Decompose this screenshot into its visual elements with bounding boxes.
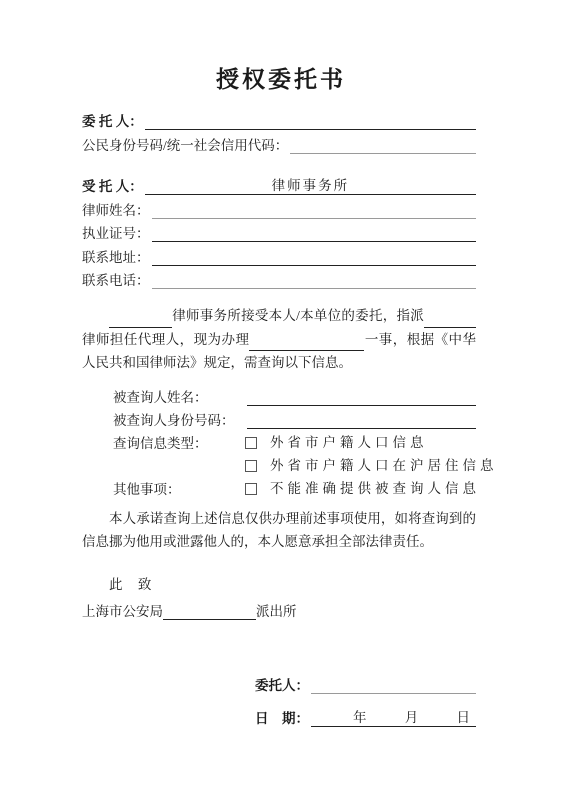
lawyer-name-row: 律师姓名：	[82, 195, 476, 219]
contact-phone-row: 联系电话：	[82, 266, 476, 290]
date-label: 日 期：	[255, 707, 309, 727]
date-field[interactable]: 年 月 日	[311, 706, 476, 727]
principal-label: 委 托 人：	[82, 110, 143, 130]
salute-text: 此 致	[82, 573, 476, 596]
document-page: 授权委托书 委 托 人： 公民身份号码/统一社会信用代码： 受 托 人： 律师事…	[0, 0, 562, 796]
principal-id-field[interactable]	[290, 136, 476, 154]
document-title: 授权委托书	[0, 0, 562, 94]
trustee-label: 受 托 人：	[82, 175, 143, 195]
agency-suffix: 派出所	[256, 600, 297, 620]
checkbox-icon[interactable]	[245, 437, 257, 449]
agency-prefix: 上海市公安局	[82, 600, 163, 620]
document-body: 委 托 人： 公民身份号码/统一社会信用代码： 受 托 人： 律师事务所 律师姓…	[0, 105, 562, 727]
query-type-option-2-text: 外省市户籍人口在沪居住信息	[270, 459, 498, 473]
query-type-option-1-text: 外省市户籍人口信息	[270, 436, 428, 450]
lawyer-name-label: 律师姓名：	[82, 199, 150, 219]
query-type-option-2: 外省市户籍人口在沪居住信息	[245, 459, 498, 473]
license-number-field[interactable]	[152, 224, 477, 242]
signature-section: 委托人： 日 期： 年 月 日	[255, 672, 476, 727]
signature-field[interactable]	[311, 677, 476, 694]
principal-name-field[interactable]	[145, 112, 476, 130]
authorization-text-2: 律师担任代理人，现为办理	[82, 332, 249, 347]
principal-id-label: 公民身份号码/统一社会信用代码：	[82, 134, 288, 154]
checkbox-icon[interactable]	[245, 460, 257, 472]
queried-id-field[interactable]	[247, 411, 476, 429]
agency-row: 上海市公安局 派出所	[82, 597, 476, 620]
police-station-blank[interactable]	[163, 604, 256, 620]
lawyer-name-field[interactable]	[152, 201, 477, 219]
signature-label: 委托人：	[255, 674, 309, 694]
queried-name-row: 被查询人姓名：	[82, 383, 476, 406]
query-section: 被查询人姓名： 被查询人身份号码： 查询信息类型： 外省市户籍人口信息 外省市户…	[82, 383, 476, 498]
query-type-label: 查询信息类型：	[113, 432, 245, 452]
queried-id-row: 被查询人身份号码：	[82, 406, 476, 429]
license-number-row: 执业证号：	[82, 219, 476, 243]
principal-id-row: 公民身份号码/统一社会信用代码：	[82, 130, 476, 154]
authorization-paragraph: 律师事务所接受本人/本单位的委托，指派律师担任代理人，现为办理一事，根据《中华人…	[82, 304, 476, 375]
lawyer-name-blank[interactable]	[424, 313, 476, 328]
contact-phone-label: 联系电话：	[82, 269, 150, 289]
commitment-paragraph: 本人承诺查询上述信息仅供办理前述事项使用，如将查询到的信息挪为他用或泄露他人的，…	[82, 507, 476, 554]
queried-name-field[interactable]	[247, 388, 476, 406]
matter-blank[interactable]	[249, 336, 364, 351]
query-type-row-1: 查询信息类型： 外省市户籍人口信息	[82, 429, 476, 452]
queried-id-label: 被查询人身份号码：	[113, 409, 245, 429]
contact-phone-field[interactable]	[152, 271, 477, 289]
signature-row: 委托人：	[255, 672, 476, 694]
query-type-row-2: 外省市户籍人口在沪居住信息	[82, 452, 476, 475]
date-row: 日 期： 年 月 日	[255, 705, 476, 727]
contact-address-field[interactable]	[152, 248, 477, 266]
other-matters-label: 其他事项：	[113, 478, 245, 498]
authorization-text-1: 律师事务所接受本人/本单位的委托，指派	[172, 308, 424, 323]
query-type-option-1: 外省市户籍人口信息	[245, 436, 428, 450]
license-number-label: 执业证号：	[82, 222, 150, 242]
other-matters-option-1-text: 不能准确提供被查询人信息	[270, 482, 480, 496]
trustee-row: 受 托 人： 律师事务所	[82, 170, 476, 195]
checkbox-icon[interactable]	[245, 483, 257, 495]
year-label: 年	[353, 706, 367, 726]
day-label: 日	[457, 706, 471, 726]
month-label: 月	[405, 706, 419, 726]
contact-address-row: 联系地址：	[82, 242, 476, 266]
trustee-firm-field[interactable]: 律师事务所	[145, 174, 476, 195]
firm-name-blank[interactable]	[109, 313, 172, 328]
other-matters-option-1: 不能准确提供被查询人信息	[245, 482, 480, 496]
queried-name-label: 被查询人姓名：	[113, 386, 245, 406]
principal-row: 委 托 人：	[82, 105, 476, 130]
contact-address-label: 联系地址：	[82, 246, 150, 266]
other-matters-row: 其他事项： 不能准确提供被查询人信息	[82, 475, 476, 498]
